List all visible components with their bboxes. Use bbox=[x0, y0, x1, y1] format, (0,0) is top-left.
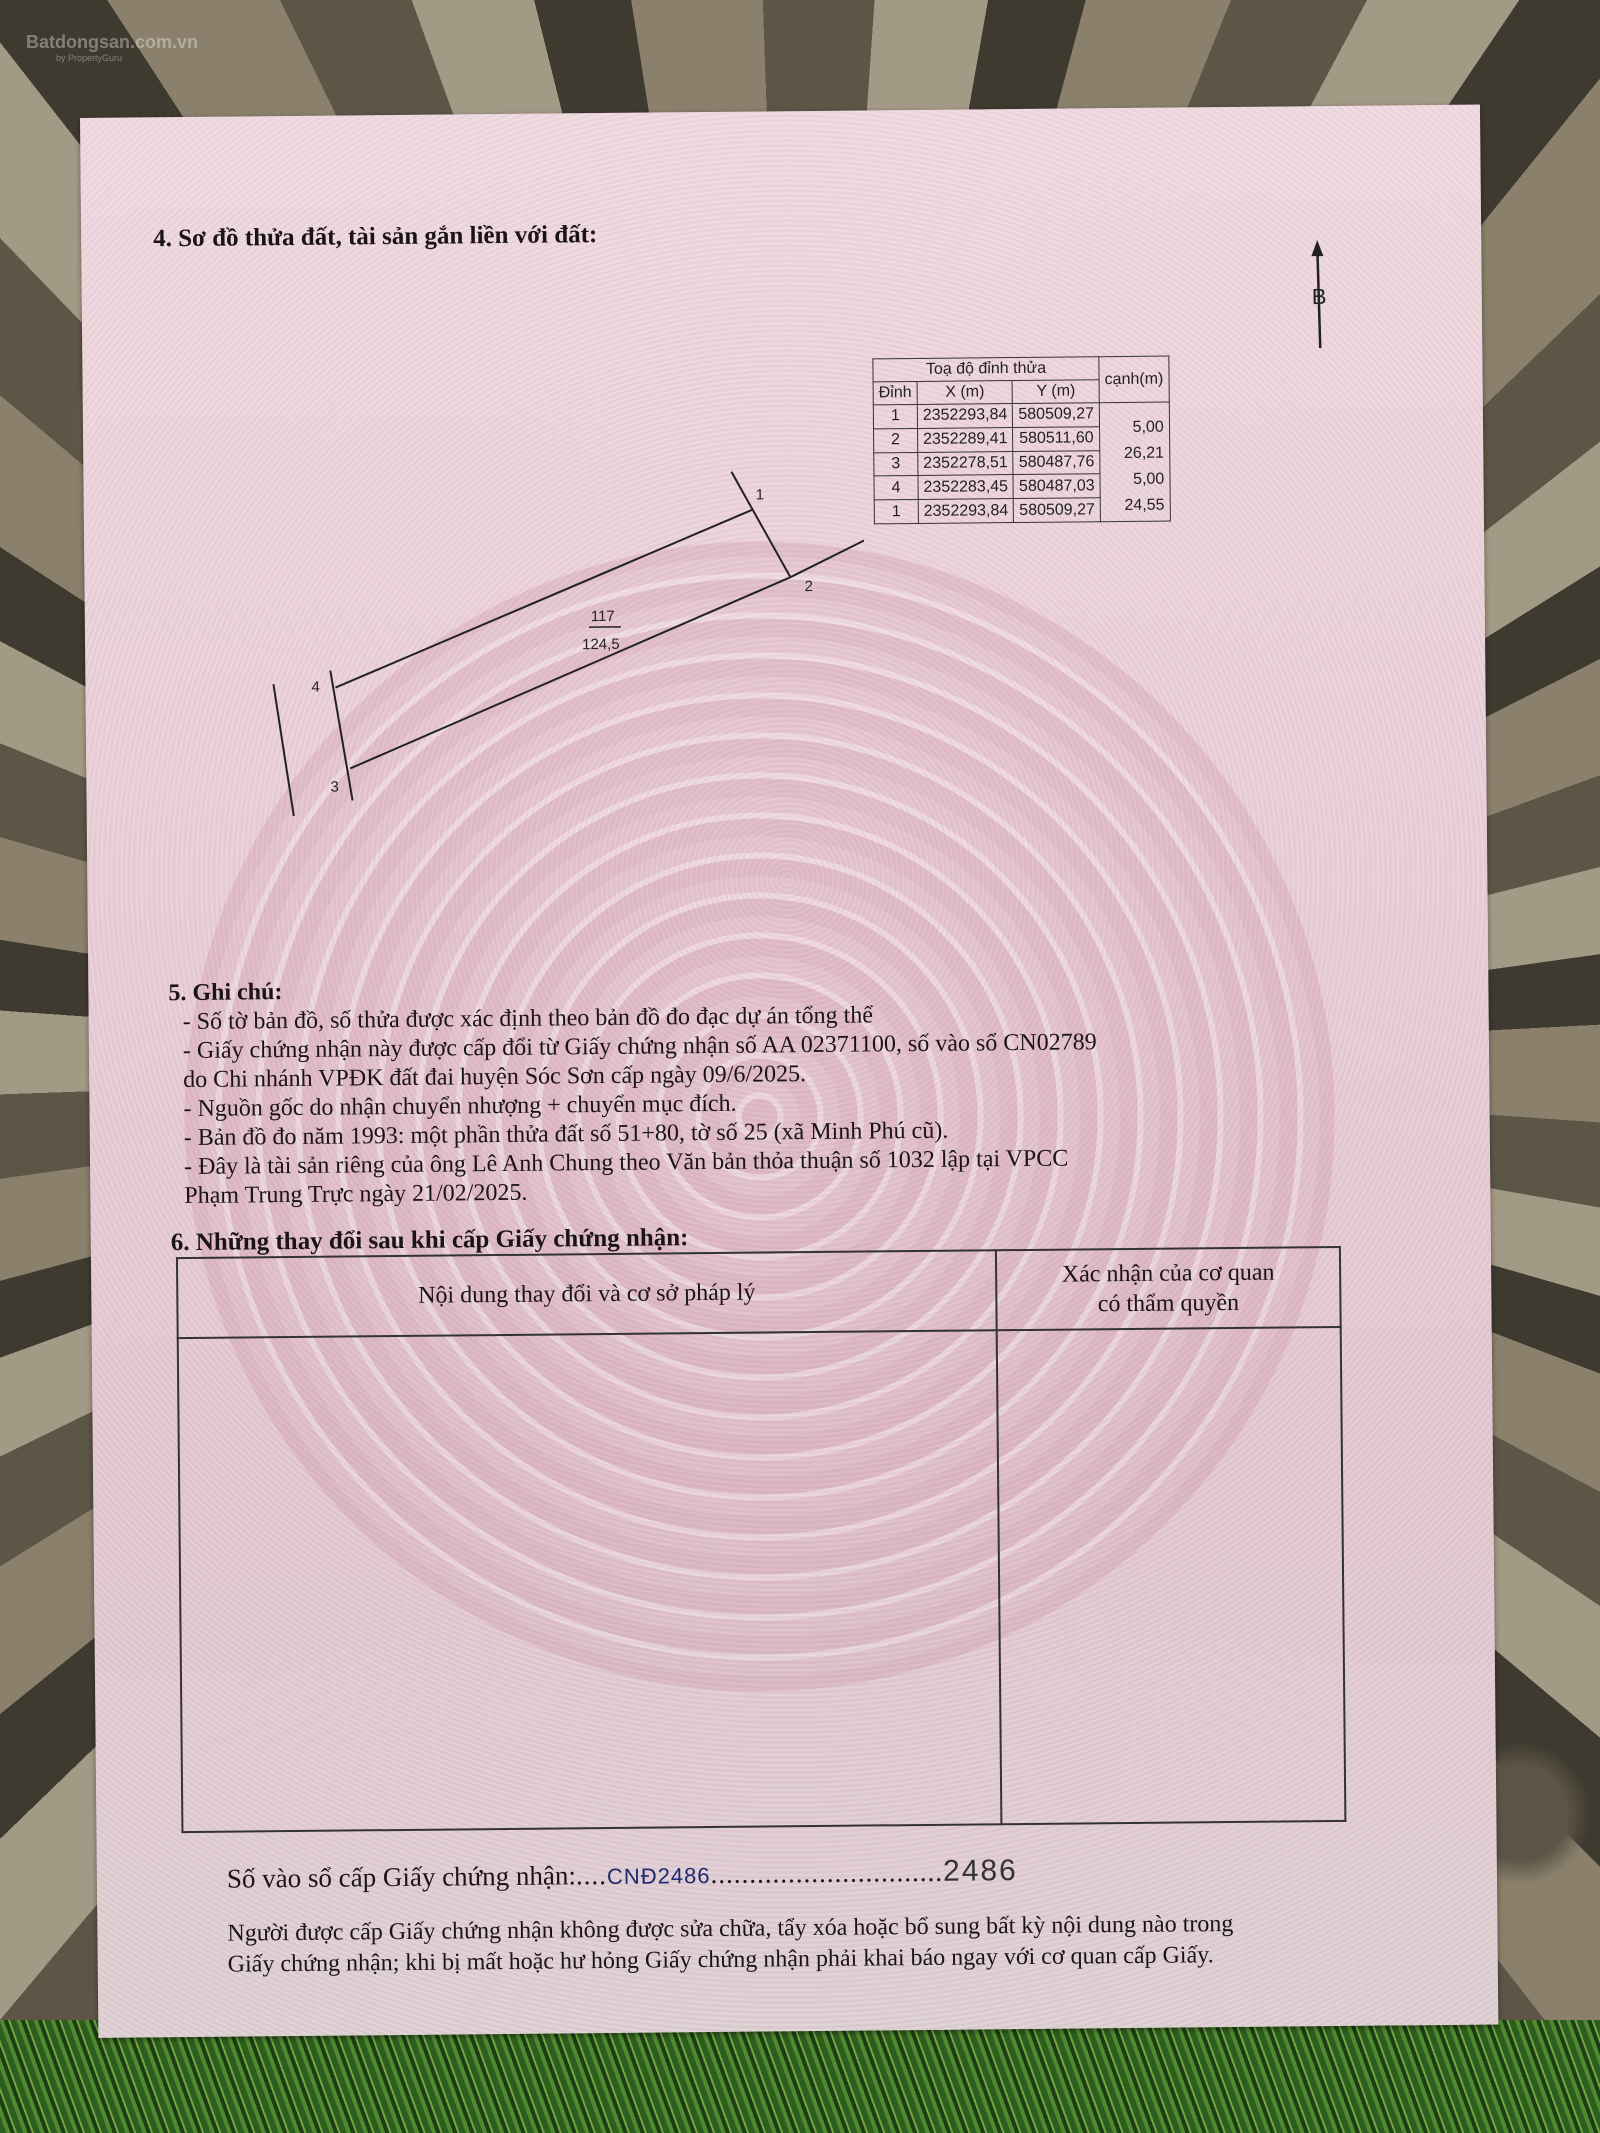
watermark-logo: Batdongsan.com.vn by PropertyGuru bbox=[26, 32, 198, 63]
svg-text:2: 2 bbox=[804, 578, 813, 595]
edge-header: cạnh(m) bbox=[1099, 356, 1169, 403]
section-5-notes: 5. Ghi chú: - Số tờ bản đồ, số thửa được… bbox=[168, 968, 1320, 1211]
north-arrow-icon: B bbox=[1299, 240, 1340, 350]
change-content-cell bbox=[178, 1330, 1002, 1832]
x-header: X (m) bbox=[917, 381, 1013, 405]
svg-text:B: B bbox=[1312, 284, 1327, 309]
parcel-sketch: 1 2 3 4 117 124,5 bbox=[243, 450, 866, 816]
coordinate-table: Toạ độ đỉnh thửa cạnh(m) Đỉnh X (m) Y (m… bbox=[872, 356, 1170, 525]
warning-notice: Người được cấp Giấy chứng nhận không đượ… bbox=[227, 1908, 1378, 1981]
certificate-page: 4. Sơ đồ thửa đất, tài sản gắn liền với … bbox=[80, 105, 1498, 2038]
svg-text:1: 1 bbox=[756, 486, 765, 503]
vertex-header: Đỉnh bbox=[873, 381, 917, 404]
parcel-number: 117 bbox=[591, 608, 615, 625]
handwritten-number: 2486 bbox=[943, 1854, 1018, 1888]
coord-row: 1 2352293,84 580509,27 5,00 26,21 5,00 2… bbox=[873, 402, 1169, 429]
authority-confirmation-cell bbox=[997, 1327, 1346, 1824]
change-content-header: Nội dung thay đổi và cơ sở pháp lý bbox=[177, 1250, 997, 1338]
svg-text:3: 3 bbox=[330, 779, 339, 796]
section-4-title: 4. Sơ đồ thửa đất, tài sản gắn liền với … bbox=[153, 221, 597, 253]
parcel-area: 124,5 bbox=[582, 636, 620, 653]
coord-group-header: Toạ độ đỉnh thửa bbox=[873, 357, 1099, 382]
y-header: Y (m) bbox=[1013, 380, 1100, 404]
changes-table: Nội dung thay đổi và cơ sở pháp lý Xác n… bbox=[176, 1246, 1346, 1833]
grass-background bbox=[0, 2020, 1600, 2133]
authority-confirmation-header: Xác nhận của cơ quan có thẩm quyền bbox=[996, 1247, 1341, 1330]
svg-text:4: 4 bbox=[311, 679, 320, 696]
edge-lengths: 5,00 26,21 5,00 24,55 bbox=[1099, 402, 1170, 522]
registration-number-line: Số vào sổ cấp Giấy chứng nhận:....CNĐ248… bbox=[227, 1854, 1018, 1896]
handwritten-code: CNĐ2486 bbox=[607, 1863, 711, 1889]
registration-label: Số vào sổ cấp Giấy chứng nhận: bbox=[227, 1860, 576, 1893]
